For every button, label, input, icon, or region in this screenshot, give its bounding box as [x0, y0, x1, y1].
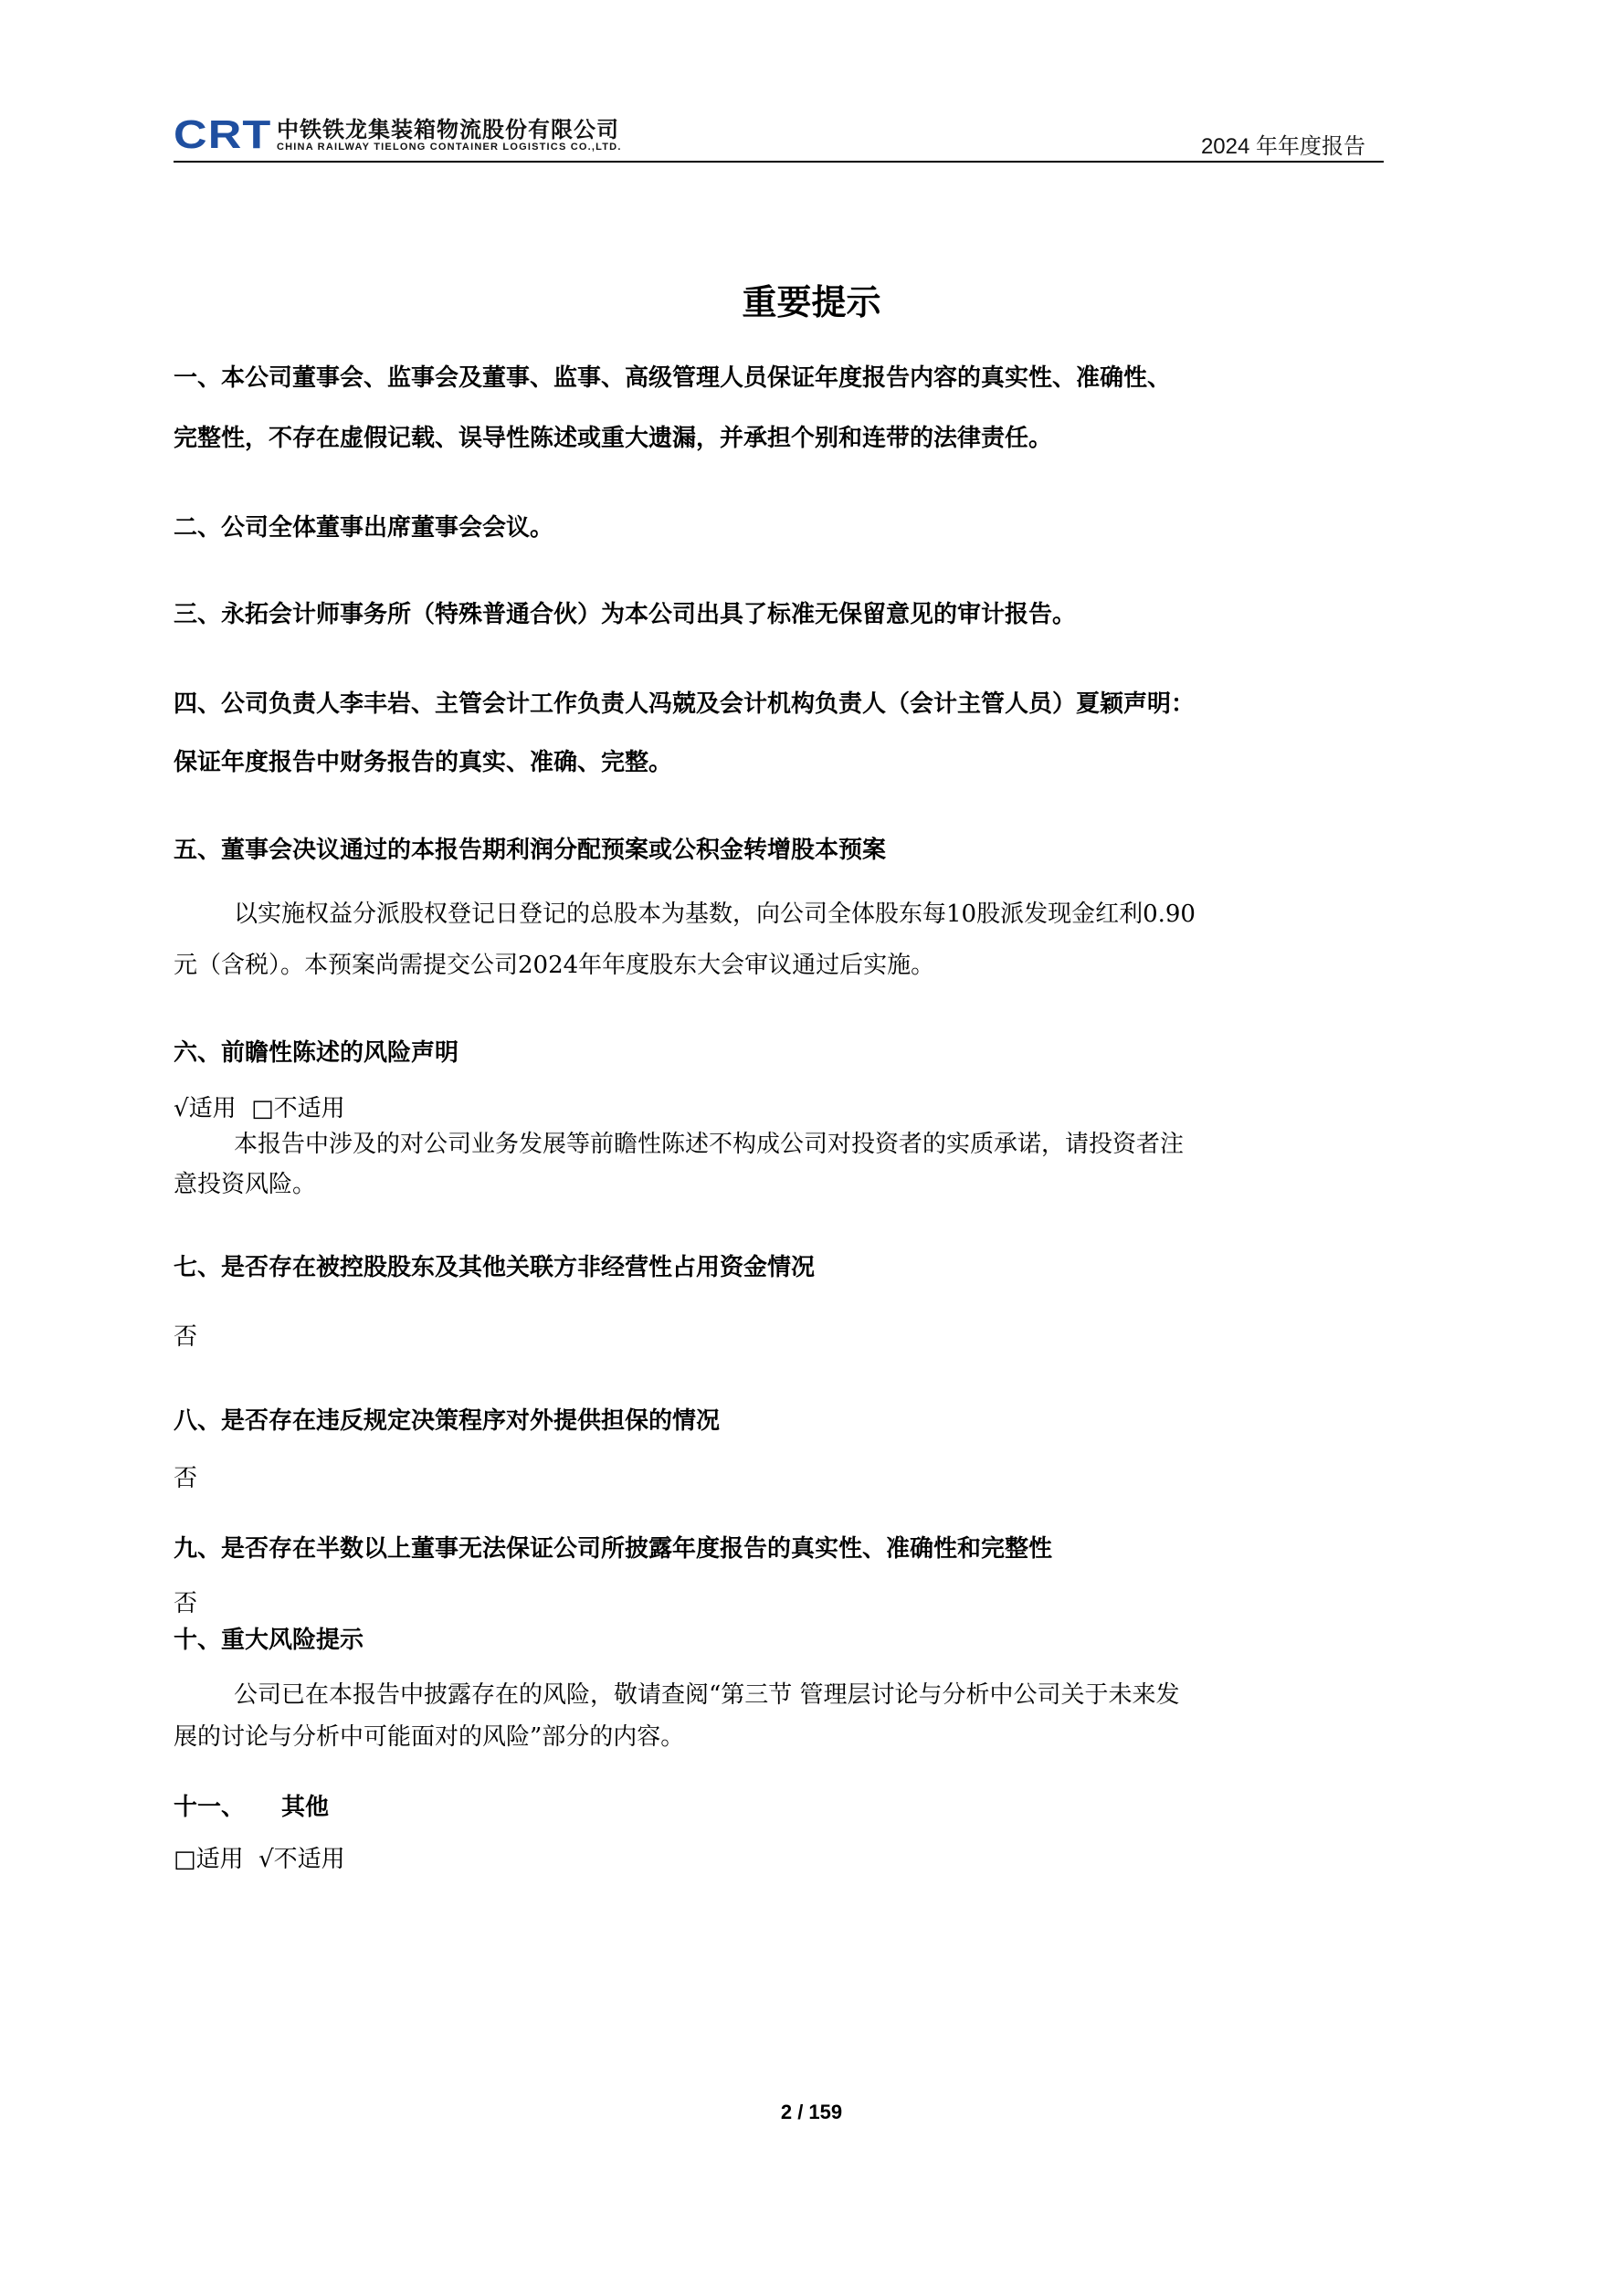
document-page: CRT 中铁铁龙集装箱物流股份有限公司 CHINA RAILWAY TIELON…: [0, 0, 1623, 2296]
section-5-body-line-1: 以实施权益分派股权登记日登记的总股本为基数，向公司全体股东每10股派发现金红利0…: [174, 895, 1388, 946]
section-8-answer: 否: [174, 1459, 1388, 1493]
option-applicable-unchecked: □适用: [174, 1846, 244, 1873]
header-divider: [174, 161, 1384, 163]
report-title: 2024 年年度报告: [1201, 128, 1365, 160]
company-name-en: CHINA RAILWAY TIELONG CONTAINER LOGISTIC…: [277, 142, 622, 153]
option-not-applicable-unchecked: □不适用: [251, 1095, 345, 1122]
section-3: 三、永拓会计师事务所（特殊普通合伙）为本公司出具了标准无保留意见的审计报告。: [174, 595, 1388, 629]
section-10-body-line-2: 展的讨论与分析中可能面对的风险”部分的内容。: [174, 1718, 1388, 1752]
section-1-line-2: 完整性，不存在虚假记载、误导性陈述或重大遗漏，并承担个别和连带的法律责任。: [174, 419, 1388, 453]
section-7-answer: 否: [174, 1318, 1388, 1352]
section-6-body-line-2: 意投资风险。: [174, 1165, 1388, 1199]
section-6-body-line-1: 本报告中涉及的对公司业务发展等前瞻性陈述不构成公司对投资者的实质承诺，请投资者注: [174, 1125, 1388, 1165]
section-9-answer: 否: [174, 1585, 1388, 1618]
company-name-cn: 中铁铁龙集装箱物流股份有限公司: [277, 118, 622, 142]
section-4-line-2: 保证年度报告中财务报告的真实、准确、完整。: [174, 743, 1388, 777]
section-6-options: √适用 □不适用: [174, 1090, 1388, 1123]
section-11-options: □适用 √不适用: [174, 1840, 1388, 1874]
section-11-heading: 十一、其他: [174, 1788, 1388, 1822]
section-1-line-1: 一、本公司董事会、监事会及董事、监事、高级管理人员保证年度报告内容的真实性、准确…: [174, 359, 1388, 419]
option-applicable-checked: √适用: [174, 1095, 237, 1122]
section-6-heading: 六、前瞻性陈述的风险声明: [174, 1034, 1388, 1068]
section-4-line-1: 四、公司负责人李丰岩、主管会计工作负责人冯兢及会计机构负责人（会计主管人员）夏颖…: [174, 685, 1388, 743]
section-5-body-line-2: 元（含税）。本预案尚需提交公司2024年年度股东大会审议通过后实施。: [174, 946, 1388, 980]
page-title: 重要提示: [0, 274, 1623, 324]
section-10-heading: 十、重大风险提示: [174, 1621, 1388, 1655]
section-4: 四、公司负责人李丰岩、主管会计工作负责人冯兢及会计机构负责人（会计主管人员）夏颖…: [174, 685, 1388, 777]
page-header: CRT 中铁铁龙集装箱物流股份有限公司 CHINA RAILWAY TIELON…: [174, 110, 1384, 163]
section-6-body: 本报告中涉及的对公司业务发展等前瞻性陈述不构成公司对投资者的实质承诺，请投资者注…: [174, 1125, 1388, 1199]
section-11-number: 十一、: [174, 1794, 245, 1821]
section-1: 一、本公司董事会、监事会及董事、监事、高级管理人员保证年度报告内容的真实性、准确…: [174, 359, 1388, 453]
section-8-heading: 八、是否存在违反规定决策程序对外提供担保的情况: [174, 1402, 1388, 1436]
section-7-heading: 七、是否存在被控股股东及其他关联方非经营性占用资金情况: [174, 1248, 1388, 1282]
section-5-heading: 五、董事会决议通过的本报告期利润分配预案或公积金转增股本预案: [174, 831, 1388, 865]
section-2: 二、公司全体董事出席董事会会议。: [174, 509, 1388, 542]
section-10-body: 公司已在本报告中披露存在的风险，敬请查阅“第三节 管理层讨论与分析中公司关于未来…: [174, 1676, 1388, 1752]
section-11-title: 其他: [281, 1794, 329, 1821]
section-10-body-line-1: 公司已在本报告中披露存在的风险，敬请查阅“第三节 管理层讨论与分析中公司关于未来…: [174, 1676, 1388, 1718]
crt-logo-mark: CRT: [174, 115, 284, 155]
section-5-body: 以实施权益分派股权登记日登记的总股本为基数，向公司全体股东每10股派发现金红利0…: [174, 895, 1388, 980]
page-number: 2 / 159: [0, 2101, 1623, 2124]
company-logo: CRT 中铁铁龙集装箱物流股份有限公司 CHINA RAILWAY TIELON…: [174, 115, 622, 155]
section-9-heading: 九、是否存在半数以上董事无法保证公司所披露年度报告的真实性、准确性和完整性: [174, 1530, 1388, 1564]
logo-text: 中铁铁龙集装箱物流股份有限公司 CHINA RAILWAY TIELONG CO…: [277, 118, 622, 153]
option-not-applicable-checked: √不适用: [258, 1846, 345, 1873]
